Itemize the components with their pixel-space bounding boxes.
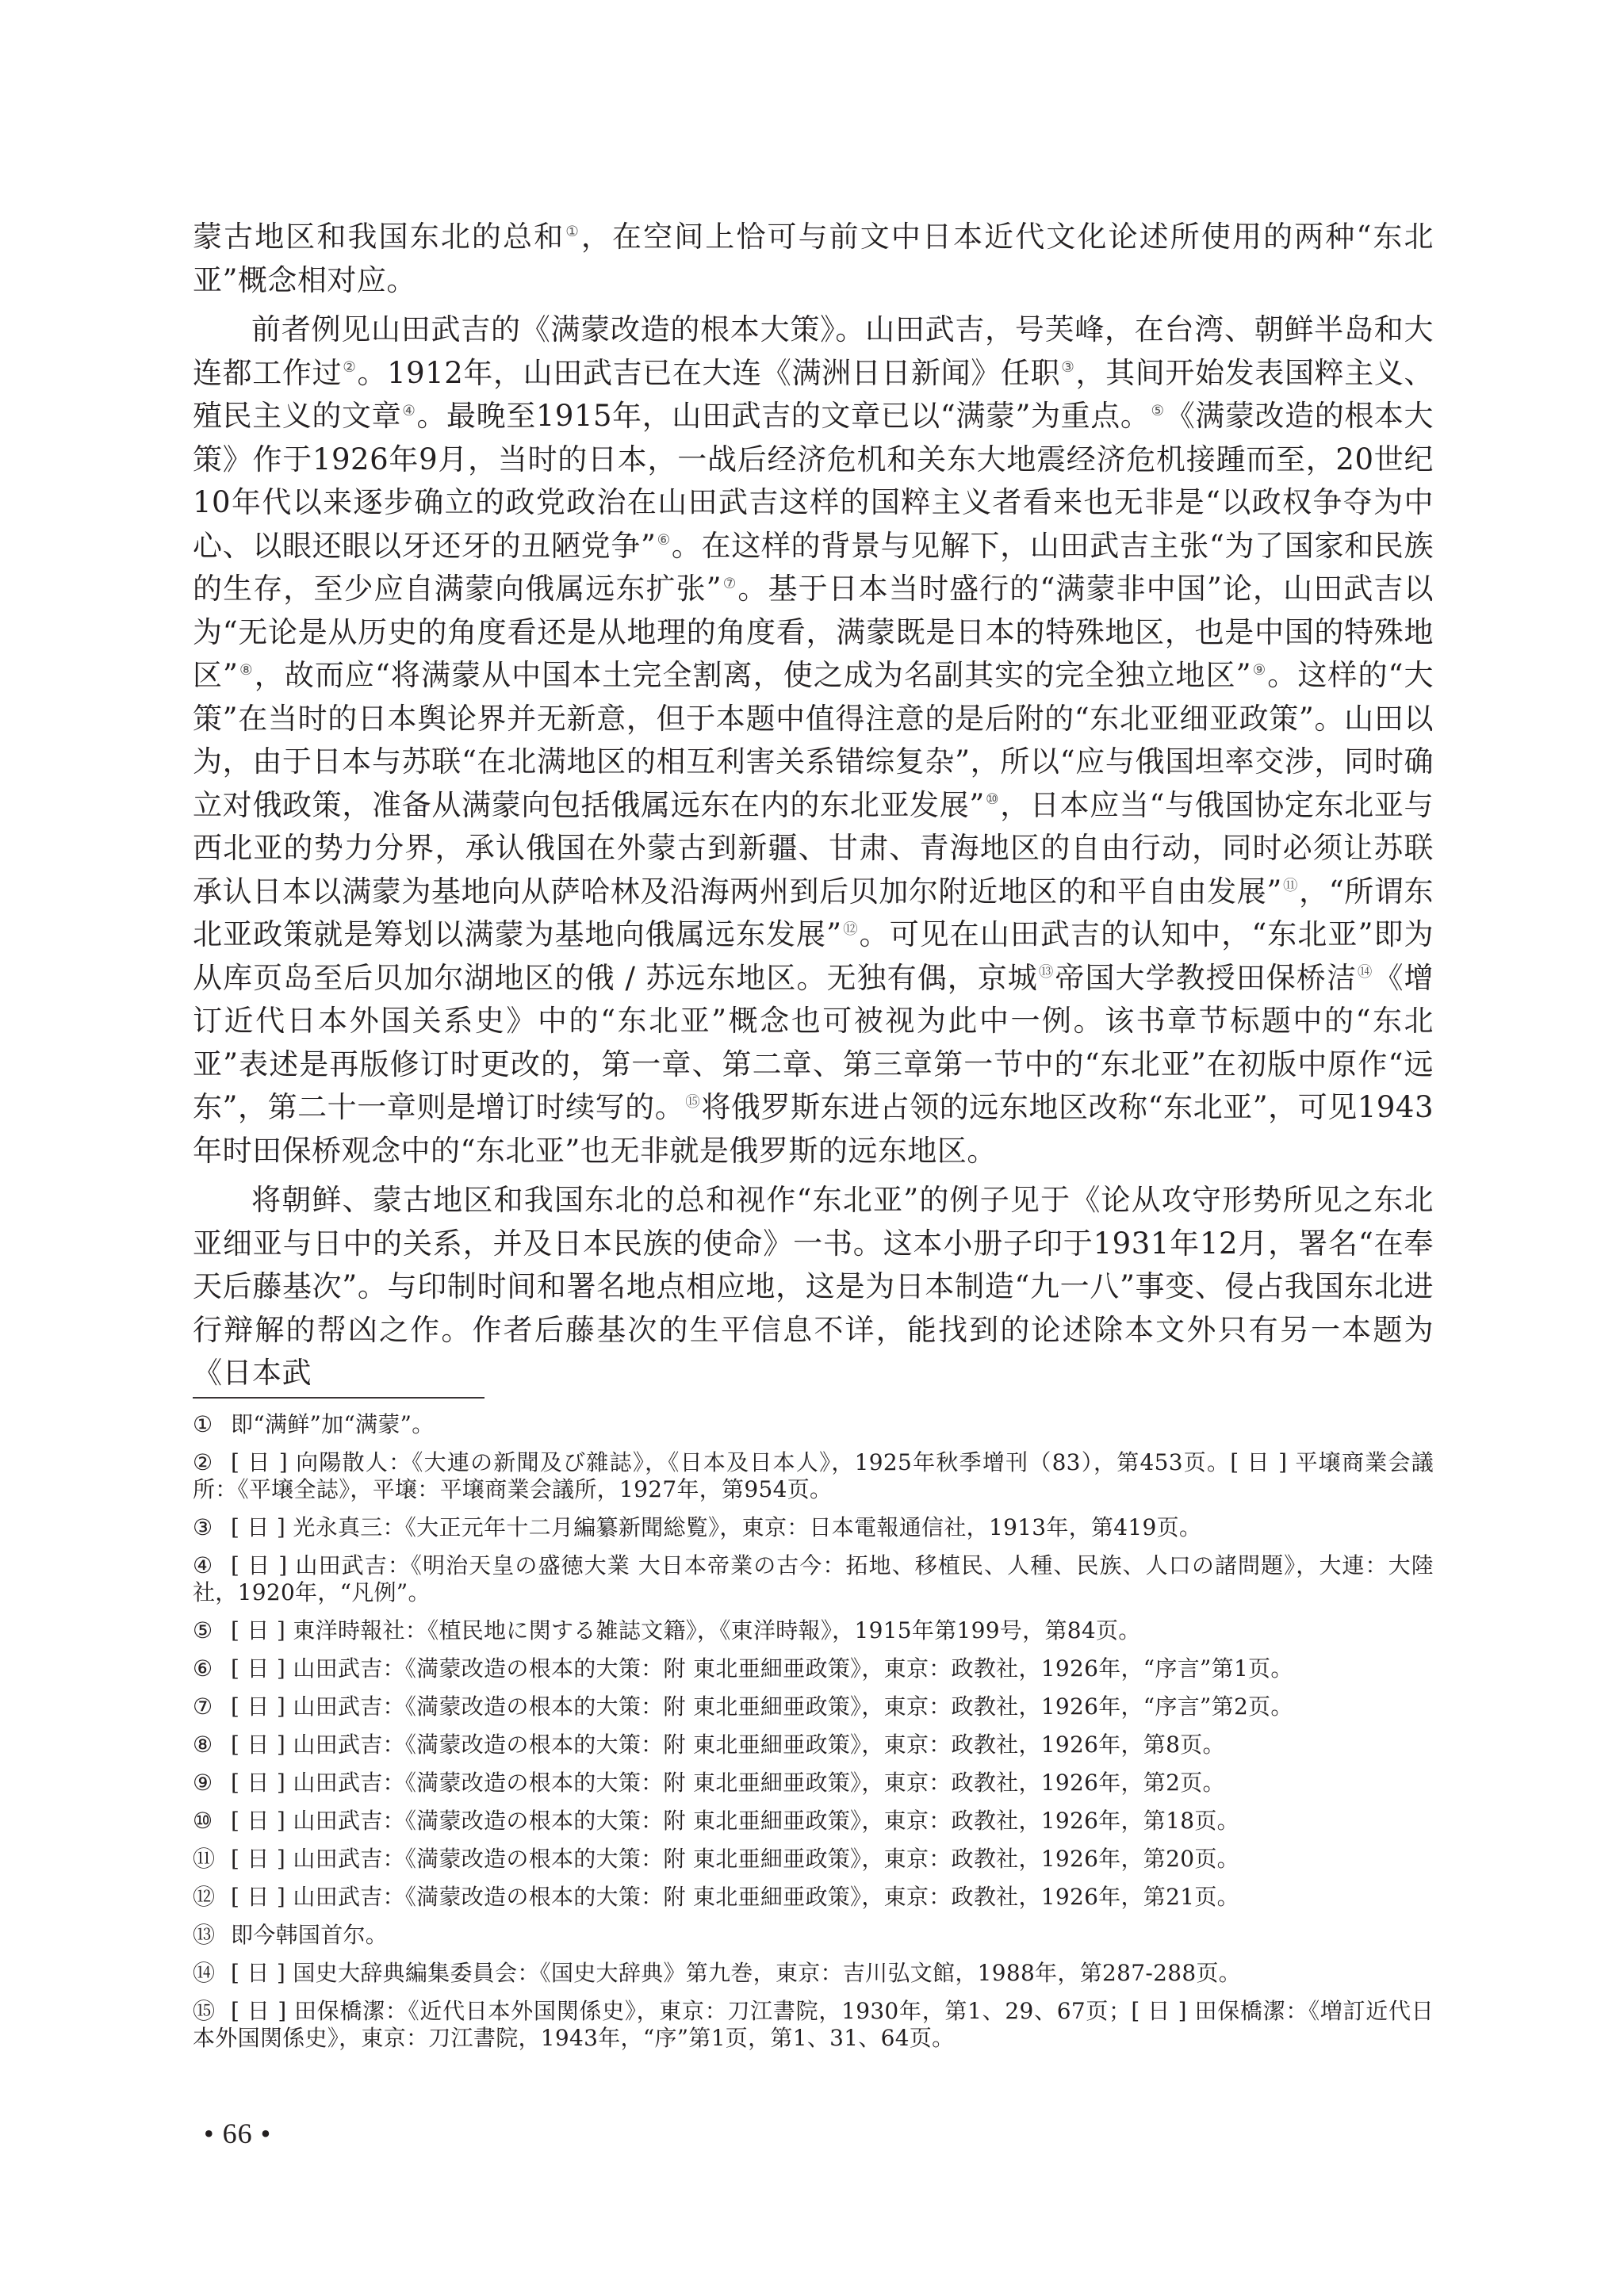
footnote-divider: [193, 1397, 485, 1399]
paragraph-text: 。1912年，山田武吉已在大连《满洲日日新闻》任职: [357, 356, 1060, 390]
footnote-item: ⑫[ 日 ] 山田武吉：《満蒙改造の根本的大策：附 東北亜細亜政策》，東京：政教…: [193, 1884, 1434, 1911]
footnotes-section: ①即“满鲜”加“满蒙”。②[ 日 ] 向陽散人：《大連の新聞及び雜誌》，《日本及…: [193, 1411, 1434, 2063]
footnote-reference[interactable]: ②: [343, 359, 356, 376]
footnote-item: ⑨[ 日 ] 山田武吉：《満蒙改造の根本的大策：附 東北亜細亜政策》，東京：政教…: [193, 1770, 1434, 1797]
page-number: • 66 •: [204, 2117, 271, 2150]
footnote-number: ⑫: [193, 1884, 224, 1911]
footnote-text: [ 日 ] 山田武吉：《満蒙改造の根本的大策：附 東北亜細亜政策》，東京：政教社…: [231, 1884, 1239, 1910]
footnote-text: [ 日 ] 山田武吉：《満蒙改造の根本的大策：附 東北亜細亜政策》，東京：政教社…: [231, 1770, 1225, 1796]
footnote-reference[interactable]: ⑮: [685, 1094, 700, 1111]
footnote-reference[interactable]: ⑫: [843, 921, 859, 938]
footnote-number: ②: [193, 1449, 224, 1476]
paragraph-text: 。最晚至1915年，山田武吉的文章已以“满蒙”为重点。: [416, 399, 1150, 433]
footnote-number: ⑤: [193, 1617, 224, 1644]
footnote-item: ⑤[ 日 ] 東洋時報社：《植民地に関する雑誌文籍》，《東洋時報》，1915年第…: [193, 1617, 1434, 1644]
footnote-reference[interactable]: ④: [402, 403, 416, 419]
footnote-text: [ 日 ] 山田武吉：《明治天皇の盛徳大業 大日本帝業の古今：拓地、移植民、人種…: [193, 1552, 1434, 1605]
body-paragraph: 前者例见山田武吉的《满蒙改造的根本大策》。山田武吉，号芙峰，在台湾、朝鲜半岛和大…: [193, 308, 1434, 1173]
footnote-number: ⑬: [193, 1922, 224, 1949]
footnote-reference[interactable]: ⑤: [1151, 403, 1164, 419]
body-text: 蒙古地区和我国东北的总和①，在空间上恰可与前文中日本近代文化论述所使用的两种“东…: [193, 216, 1434, 1395]
footnote-number: ①: [193, 1411, 224, 1438]
footnote-text: [ 日 ] 山田武吉：《満蒙改造の根本的大策：附 東北亜細亜政策》，東京：政教社…: [231, 1655, 1293, 1682]
footnote-reference[interactable]: ⑨: [1252, 662, 1266, 679]
footnote-reference[interactable]: ⑩: [986, 791, 999, 808]
body-paragraph: 蒙古地区和我国东北的总和①，在空间上恰可与前文中日本近代文化论述所使用的两种“东…: [193, 216, 1434, 302]
footnote-number: ⑭: [193, 1960, 224, 1987]
footnote-reference[interactable]: ⑭: [1358, 964, 1373, 981]
paragraph-text: 将朝鲜、蒙古地区和我国东北的总和视作“东北亚”的例子见于《论从攻守形势所见之东北…: [193, 1183, 1434, 1390]
footnote-number: ④: [193, 1552, 224, 1579]
footnote-text: [ 日 ] 田保橋潔：《近代日本外国関係史》，東京：刀江書院，1930年，第1、…: [193, 1998, 1434, 2051]
footnote-text: [ 日 ] 山田武吉：《満蒙改造の根本的大策：附 東北亜細亜政策》，東京：政教社…: [231, 1808, 1239, 1834]
footnote-item: ⑥[ 日 ] 山田武吉：《満蒙改造の根本的大策：附 東北亜細亜政策》，東京：政教…: [193, 1655, 1434, 1682]
footnote-text: [ 日 ] 光永真三：《大正元年十二月編纂新聞総覧》，東京：日本電報通信社，19…: [231, 1514, 1201, 1540]
footnote-number: ⑦: [193, 1693, 224, 1720]
paragraph-text: 帝国大学教授田保桥洁: [1055, 961, 1356, 995]
footnote-text: [ 日 ] 国史大辞典編集委員会：《国史大辞典》第九巻，東京：吉川弘文館，198…: [231, 1960, 1241, 1986]
paragraph-text: 蒙古地区和我国东北的总和: [193, 220, 565, 254]
footnote-item: ⑭[ 日 ] 国史大辞典編集委員会：《国史大辞典》第九巻，東京：吉川弘文館，19…: [193, 1960, 1434, 1987]
footnote-reference[interactable]: ⑦: [722, 576, 737, 592]
footnote-reference[interactable]: ⑥: [657, 532, 670, 549]
footnote-reference[interactable]: ①: [565, 224, 580, 240]
footnote-item: ②[ 日 ] 向陽散人：《大連の新聞及び雜誌》，《日本及日本人》，1925年秋季…: [193, 1449, 1434, 1503]
paragraph-text: ，故而应“将满蒙从中国本土完全割离，使之成为名副其实的完全独立地区”: [255, 658, 1251, 692]
main-text-column: 蒙古地区和我国东北的总和①，在空间上恰可与前文中日本近代文化论述所使用的两种“东…: [193, 216, 1434, 1395]
footnote-item: ③[ 日 ] 光永真三：《大正元年十二月編纂新聞総覧》，東京：日本電報通信社，1…: [193, 1514, 1434, 1541]
footnote-reference[interactable]: ⑬: [1039, 964, 1055, 981]
footnote-item: ⑩[ 日 ] 山田武吉：《満蒙改造の根本的大策：附 東北亜細亜政策》，東京：政教…: [193, 1808, 1434, 1835]
footnote-text: [ 日 ] 山田武吉：《満蒙改造の根本的大策：附 東北亜細亜政策》，東京：政教社…: [231, 1693, 1293, 1720]
footnote-text: 即“满鲜”加“满蒙”。: [231, 1411, 435, 1437]
footnote-reference[interactable]: ⑧: [239, 662, 253, 679]
footnote-item: ⑪[ 日 ] 山田武吉：《満蒙改造の根本的大策：附 東北亜細亜政策》，東京：政教…: [193, 1846, 1434, 1873]
footnote-text: [ 日 ] 東洋時報社：《植民地に関する雑誌文籍》，《東洋時報》，1915年第1…: [231, 1617, 1141, 1644]
footnote-reference[interactable]: ⑪: [1283, 878, 1298, 894]
footnote-text: [ 日 ] 向陽散人：《大連の新聞及び雜誌》，《日本及日本人》，1925年秋季增…: [193, 1449, 1434, 1502]
footnote-number: ⑮: [193, 1998, 224, 2025]
footnote-text: [ 日 ] 山田武吉：《満蒙改造の根本的大策：附 東北亜細亜政策》，東京：政教社…: [231, 1732, 1225, 1758]
footnote-number: ③: [193, 1514, 224, 1541]
footnote-number: ⑪: [193, 1846, 224, 1873]
footnote-item: ⑬即今韩国首尔。: [193, 1922, 1434, 1949]
footnote-item: ⑦[ 日 ] 山田武吉：《満蒙改造の根本的大策：附 東北亜細亜政策》，東京：政教…: [193, 1693, 1434, 1720]
body-paragraph: 将朝鲜、蒙古地区和我国东北的总和视作“东北亚”的例子见于《论从攻守形势所见之东北…: [193, 1179, 1434, 1395]
footnote-number: ⑨: [193, 1770, 224, 1797]
footnote-item: ⑮[ 日 ] 田保橋潔：《近代日本外国関係史》，東京：刀江書院，1930年，第1…: [193, 1998, 1434, 2052]
footnote-reference[interactable]: ③: [1061, 359, 1074, 376]
footnote-text: [ 日 ] 山田武吉：《満蒙改造の根本的大策：附 東北亜細亜政策》，東京：政教社…: [231, 1846, 1239, 1872]
footnote-item: ④[ 日 ] 山田武吉：《明治天皇の盛徳大業 大日本帝業の古今：拓地、移植民、人…: [193, 1552, 1434, 1606]
footnote-text: 即今韩国首尔。: [231, 1922, 388, 1948]
footnote-number: ⑥: [193, 1655, 224, 1682]
footnote-number: ⑩: [193, 1808, 224, 1835]
footnote-number: ⑧: [193, 1732, 224, 1758]
footnote-item: ⑧[ 日 ] 山田武吉：《満蒙改造の根本的大策：附 東北亜細亜政策》，東京：政教…: [193, 1732, 1434, 1758]
footnote-item: ①即“满鲜”加“满蒙”。: [193, 1411, 1434, 1438]
